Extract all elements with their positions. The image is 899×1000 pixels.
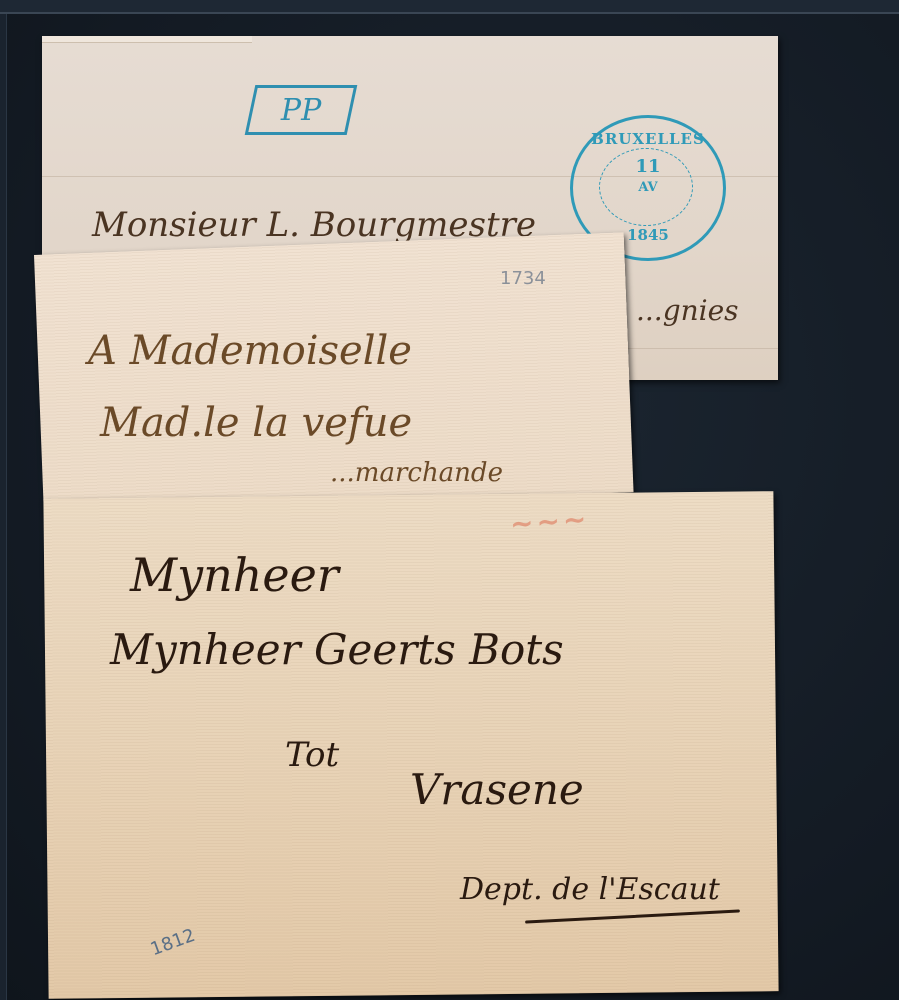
stock-page-left-strip — [0, 14, 7, 1000]
pp-boxed-postmark: PP — [245, 85, 358, 135]
docket-number: 1734 — [500, 268, 546, 289]
cds-month: AV — [573, 180, 723, 195]
address-line: ...marchande — [330, 458, 503, 488]
address-line: Tot — [285, 735, 339, 775]
address-line: Mynheer — [130, 548, 339, 602]
address-line: Vrasene — [410, 765, 584, 814]
red-postmark: ~~~ — [509, 502, 590, 540]
address-line: Mad.le la vefue — [100, 400, 412, 446]
cover-flap — [42, 36, 252, 43]
address-line: ...gnies — [636, 294, 739, 327]
address-line: A Mademoiselle — [88, 328, 412, 374]
address-line: Mynheer Geerts Bots — [110, 625, 564, 674]
cds-day: 11 — [573, 156, 723, 177]
cds-town: BRUXELLES — [573, 130, 723, 148]
stock-page-top-strip — [0, 0, 899, 14]
address-line: Dept. de l'Escaut — [460, 872, 720, 907]
